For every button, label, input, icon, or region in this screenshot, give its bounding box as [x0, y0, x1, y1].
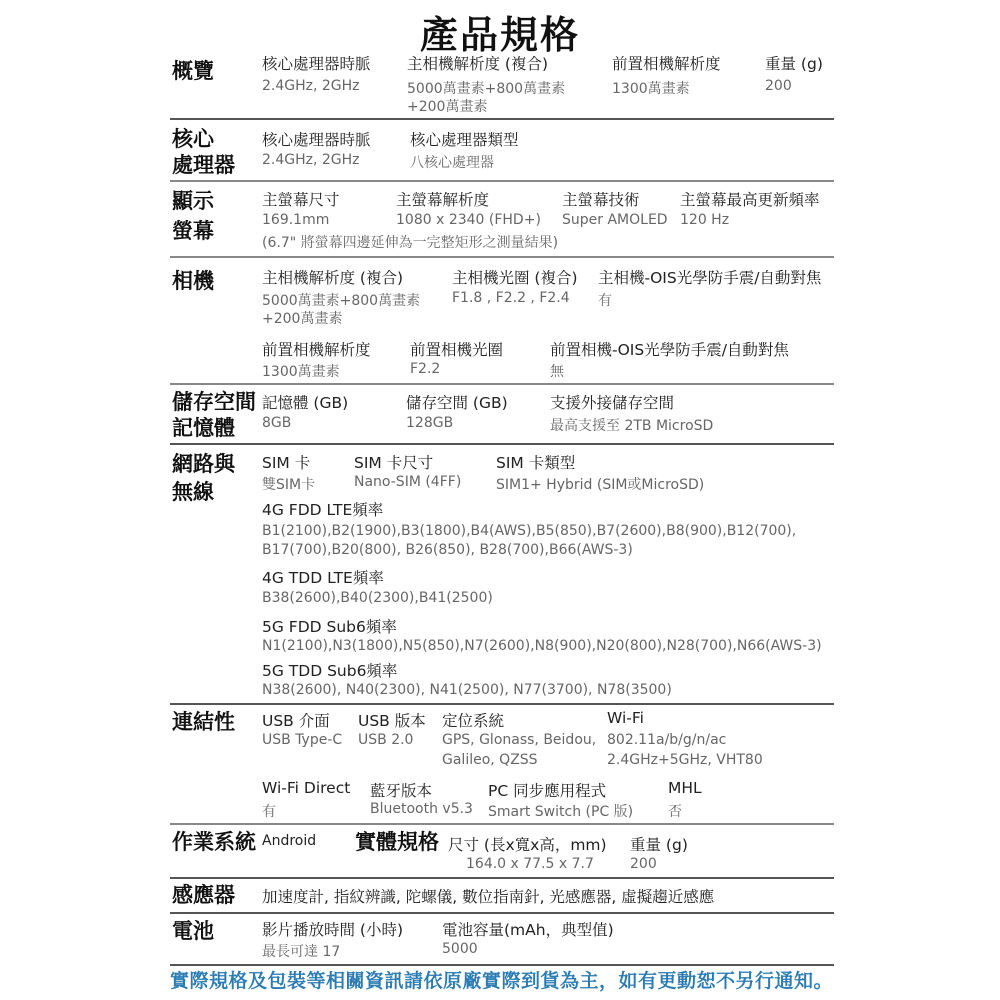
- spec-head: 5G FDD Sub6頻率: [262, 615, 397, 637]
- spec-head: 尺寸 (長x寬x高，mm): [448, 833, 607, 855]
- spec-value: Bluetooth v5.3: [370, 801, 473, 817]
- disclaimer-footer: 實際規格及包裝等相關資訊請依原廠實際到貨為主，如有更動恕不另行通知。: [170, 966, 833, 993]
- spec-value: B17(700),B20(800), B26(850), B28(700),B6…: [262, 542, 633, 558]
- spec-head: 主螢幕技術: [562, 188, 640, 210]
- spec-head: 5G TDD Sub6頻率: [262, 659, 397, 681]
- section-connectivity: 連結性 USB 介面 USB Type-C USB 版本 USB 2.0 定位系…: [170, 705, 834, 825]
- spec-value: 8GB: [262, 415, 291, 431]
- spec-head: 主螢幕尺寸: [262, 188, 340, 210]
- spec-head: 主螢幕最高更新頻率: [680, 188, 820, 210]
- section-storage: 儲存空間 記憶體 記憶體 (GB) 8GB 儲存空間 (GB) 128GB 支援…: [170, 385, 834, 445]
- section-os: 作業系統 Android 實體規格 尺寸 (長x寬x高，mm) 164.0 x …: [170, 825, 834, 879]
- spec-value: SIM1+ Hybrid (SIM或MicroSD): [496, 474, 704, 494]
- spec-value: 最長可達 17: [262, 941, 340, 961]
- spec-value: 120 Hz: [680, 212, 729, 228]
- spec-value: 200: [765, 78, 792, 94]
- spec-head: 4G FDD LTE頻率: [262, 498, 383, 520]
- section-display: 顯示 螢幕 主螢幕尺寸 169.1mm 主螢幕解析度 1080 x 2340 (…: [170, 182, 834, 258]
- spec-value: 128GB: [406, 415, 453, 431]
- spec-head: 支援外接儲存空間: [550, 391, 674, 413]
- spec-value: 最高支援至 2TB MicroSD: [550, 415, 713, 435]
- spec-head: 儲存空間 (GB): [406, 391, 508, 413]
- spec-head: USB 介面: [262, 709, 330, 731]
- spec-value: 2.4GHz, 2GHz: [262, 78, 360, 94]
- spec-value: B38(2600),B40(2300),B41(2500): [262, 590, 493, 606]
- spec-head: SIM 卡尺寸: [354, 451, 433, 473]
- section-camera: 相機 主相機解析度 (複合) 5000萬畫素+800萬畫素 +200萬畫素 主相…: [170, 258, 834, 385]
- spec-head: USB 版本: [358, 709, 426, 731]
- spec-head: 前置相機解析度: [262, 338, 371, 360]
- spec-head: MHL: [668, 779, 702, 797]
- spec-value: 有: [598, 290, 612, 310]
- spec-head: 核心處理器類型: [410, 128, 519, 150]
- spec-head: 前置相機解析度: [612, 52, 721, 74]
- section-label: 無線: [172, 477, 214, 507]
- spec-head: 主相機解析度 (複合): [262, 266, 403, 288]
- spec-value: F2.2: [410, 361, 440, 377]
- spec-head: Wi-Fi: [607, 709, 644, 727]
- spec-value: 雙SIM卡: [262, 474, 315, 494]
- spec-value: 5000萬畫素+800萬畫素: [407, 78, 565, 98]
- sensors-value: 加速度計, 指紋辨識, 陀螺儀, 數位指南針, 光感應器, 虛擬趨近感應: [262, 885, 714, 907]
- section-label: 網路與: [172, 449, 235, 479]
- spec-value: +200萬畫素: [407, 96, 487, 116]
- spec-value: 1300萬畫素: [612, 78, 690, 98]
- spec-value: 1080 x 2340 (FHD+): [396, 212, 541, 228]
- spec-value: USB Type-C: [262, 732, 342, 748]
- spec-head: 電池容量(mAh，典型值): [442, 918, 614, 940]
- section-label: 顯示: [172, 186, 214, 216]
- spec-head: PC 同步應用程式: [488, 779, 606, 801]
- section-label: 實體規格: [355, 827, 439, 857]
- spec-head: 前置相機光圈: [410, 338, 503, 360]
- section-label: 處理器: [172, 150, 235, 180]
- spec-value: 802.11a/b/g/n/ac: [607, 732, 726, 748]
- spec-value: 2.4GHz+5GHz, VHT80: [607, 752, 763, 768]
- section-sensors: 感應器 加速度計, 指紋辨識, 陀螺儀, 數位指南針, 光感應器, 虛擬趨近感應: [170, 879, 834, 914]
- spec-value: 2.4GHz, 2GHz: [262, 152, 360, 168]
- section-label: 螢幕: [172, 216, 214, 246]
- spec-head: 前置相機-OIS光學防手震/自動對焦: [550, 338, 789, 360]
- spec-value: Galileo, QZSS: [442, 752, 538, 768]
- spec-value: 八核心處理器: [410, 152, 494, 172]
- spec-head: 核心處理器時脈: [262, 52, 371, 74]
- section-battery: 電池 影片播放時間 (小時) 最長可達 17 電池容量(mAh，典型值) 500…: [170, 914, 834, 966]
- spec-value: USB 2.0: [358, 732, 413, 748]
- spec-value: F1.8 , F2.2 , F2.4: [452, 290, 570, 306]
- spec-head: Wi-Fi Direct: [262, 779, 350, 797]
- section-label: 連結性: [172, 707, 235, 737]
- spec-head: 重量 (g): [630, 833, 688, 855]
- spec-value: 164.0 x 77.5 x 7.7: [466, 856, 594, 872]
- section-label: 感應器: [172, 880, 235, 910]
- os-value: Android: [262, 833, 316, 849]
- spec-head: SIM 卡類型: [496, 451, 575, 473]
- spec-value: 有: [262, 801, 276, 821]
- spec-head: 重量 (g): [765, 52, 823, 74]
- spec-value: 5000萬畫素+800萬畫素: [262, 290, 420, 310]
- spec-head: 核心處理器時脈: [262, 128, 371, 150]
- spec-value: Super AMOLED: [562, 212, 668, 228]
- section-label: 記憶體: [172, 413, 235, 443]
- section-network: 網路與 無線 SIM 卡 雙SIM卡 SIM 卡尺寸 Nano-SIM (4FF…: [170, 445, 834, 705]
- spec-note: (6.7" 將螢幕四邊延伸為一完整矩形之測量結果): [262, 232, 558, 252]
- spec-value: +200萬畫素: [262, 308, 342, 328]
- spec-head: 藍牙版本: [370, 779, 432, 801]
- spec-value: 1300萬畫素: [262, 361, 340, 381]
- section-label: 概覽: [172, 56, 214, 86]
- spec-head: 主相機光圈 (複合): [452, 266, 578, 288]
- spec-head: 主相機解析度 (複合): [407, 52, 548, 74]
- spec-value: Nano-SIM (4FF): [354, 474, 461, 490]
- spec-head: 4G TDD LTE頻率: [262, 566, 384, 588]
- spec-head: 影片播放時間 (小時): [262, 918, 403, 940]
- spec-value: 無: [550, 361, 564, 381]
- spec-value: GPS, Glonass, Beidou,: [442, 732, 596, 748]
- section-overview: 概覽 核心處理器時脈 2.4GHz, 2GHz 主相機解析度 (複合) 5000…: [170, 50, 834, 120]
- spec-head: SIM 卡: [262, 451, 310, 473]
- spec-head: 主相機-OIS光學防手震/自動對焦: [598, 266, 821, 288]
- spec-value: 否: [668, 801, 682, 821]
- spec-value: N1(2100),N3(1800),N5(850),N7(2600),N8(90…: [262, 638, 822, 654]
- spec-value: 200: [630, 856, 657, 872]
- spec-value: Smart Switch (PC 版): [488, 801, 633, 821]
- spec-value: B1(2100),B2(1900),B3(1800),B4(AWS),B5(85…: [262, 523, 796, 539]
- section-label: 相機: [172, 266, 214, 296]
- section-cpu: 核心 處理器 核心處理器時脈 2.4GHz, 2GHz 核心處理器類型 八核心處…: [170, 120, 834, 182]
- spec-head: 主螢幕解析度: [396, 188, 489, 210]
- section-label: 作業系統: [172, 827, 256, 857]
- spec-value: 169.1mm: [262, 212, 329, 228]
- section-label: 電池: [172, 916, 214, 946]
- spec-value: N38(2600), N40(2300), N41(2500), N77(370…: [262, 682, 672, 698]
- spec-head: 記憶體 (GB): [262, 391, 348, 413]
- spec-value: 5000: [442, 941, 478, 957]
- spec-head: 定位系統: [442, 709, 504, 731]
